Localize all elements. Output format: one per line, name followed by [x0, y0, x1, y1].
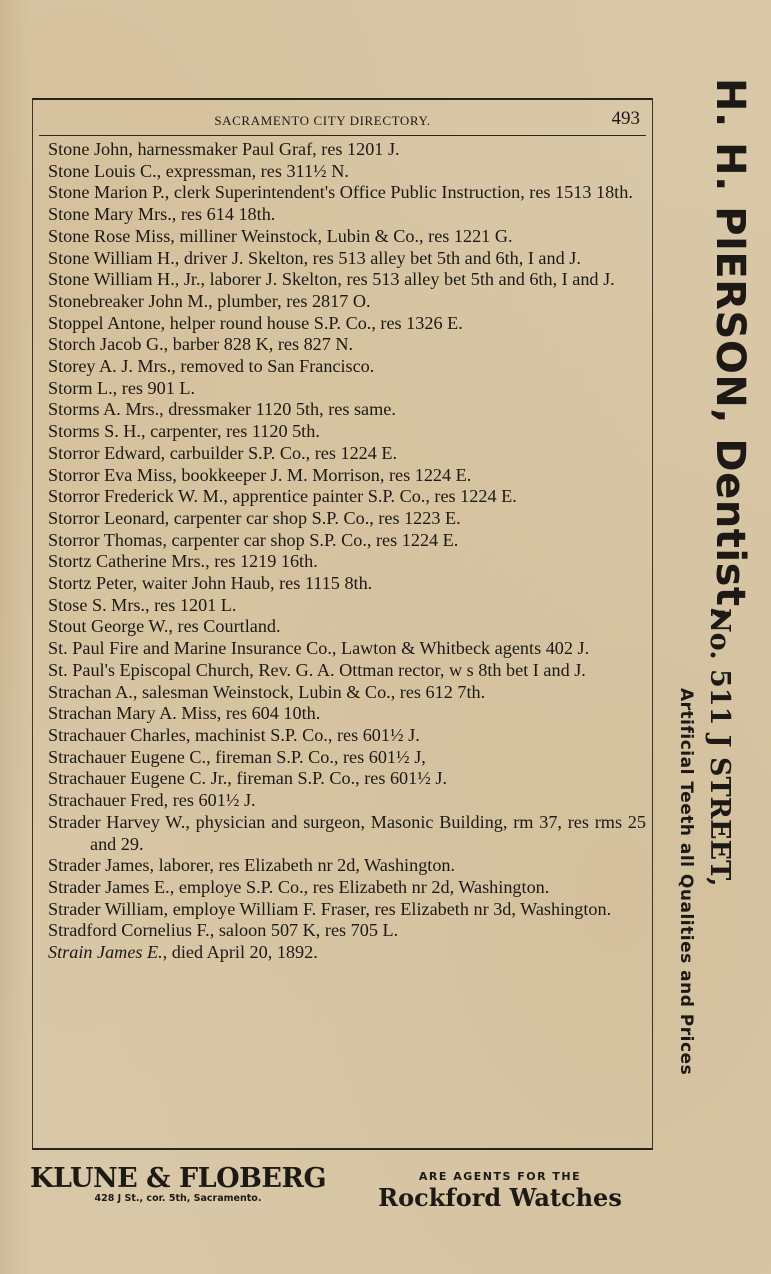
entry-name: Stone Rose Miss, — [48, 226, 175, 246]
entry-detail: apprentice painter S.P. Co., res 1224 E. — [228, 486, 517, 506]
entry-name: Storror Frederick W. M., — [48, 486, 228, 506]
rockford-watches-ad: ARE AGENTS FOR THE Rockford Watches — [350, 1170, 650, 1212]
running-header: SACRAMENTO CITY DIRECTORY. 493 — [39, 100, 646, 136]
entry-detail: fireman S.P. Co., res 601½ J. — [232, 768, 447, 788]
page-number: 493 — [612, 108, 641, 130]
entry-detail: machinist S.P. Co., res 601½ J. — [190, 725, 419, 745]
entry-name: Strachauer Fred, — [48, 790, 168, 810]
entry-name: Storror Edward, — [48, 443, 165, 463]
entry-detail: carpenter car shop S.P. Co., res 1223 E. — [169, 508, 460, 528]
dentist-address: No. 511 J STREET, — [704, 608, 734, 887]
entry-detail: res 901 L. — [117, 378, 195, 398]
entry-detail: carbuilder S.P. Co., res 1224 E. — [165, 443, 397, 463]
entry-detail: driver J. Skelton, res 513 alley bet 5th… — [179, 248, 581, 268]
entry-name: Storror Leonard, — [48, 508, 169, 528]
directory-entry: Strachan Mary A. Miss, res 604 10th. — [48, 703, 646, 725]
entry-detail: removed to San Francisco. — [176, 356, 375, 376]
ad-left-title: KLUNE & FLOBERG — [18, 1165, 338, 1193]
directory-entry: Storm L., res 901 L. — [48, 378, 646, 400]
entry-detail: carpenter, res 1120 5th. — [146, 421, 320, 441]
directory-entry: Storror Leonard, carpenter car shop S.P.… — [48, 508, 646, 530]
ad-right-main: Rockford Watches — [350, 1184, 650, 1212]
directory-entry: Stradford Cornelius F., saloon 507 K, re… — [48, 920, 646, 942]
directory-entry: Storch Jacob G., barber 828 K, res 827 N… — [48, 334, 646, 356]
ad-left-address: 428 J St., cor. 5th, Sacramento. — [18, 1193, 338, 1205]
entry-detail: dressmaker 1120 5th, res same. — [164, 399, 396, 419]
entry-name: Strader James E., — [48, 877, 174, 897]
directory-entry: Stone Marion P., clerk Superintendent's … — [48, 182, 646, 204]
entry-name: Strachauer Eugene C. Jr., — [48, 768, 232, 788]
page-frame: SACRAMENTO CITY DIRECTORY. 493 Stone Joh… — [32, 98, 653, 1150]
entry-name: St. Paul's Episcopal Church, — [48, 660, 254, 680]
entry-name: Stone Louis C., — [48, 161, 161, 181]
entry-name: Stone William H., — [48, 248, 179, 268]
directory-entry: Strachauer Charles, machinist S.P. Co., … — [48, 725, 646, 747]
directory-entry: Strader James E., employe S.P. Co., res … — [48, 877, 646, 899]
entry-name: St. Paul Fire and Marine Insurance Co., — [48, 638, 336, 658]
entry-name: Strachan Mary A. Miss, — [48, 703, 221, 723]
entry-name: Stradford Cornelius F., — [48, 920, 214, 940]
entry-detail: harnessmaker Paul Graf, res 1201 J. — [133, 139, 400, 159]
directory-entry: Strachan A., salesman Weinstock, Lubin &… — [48, 682, 646, 704]
directory-entry: Stortz Catherine Mrs., res 1219 16th. — [48, 551, 646, 573]
entry-name: Stonebreaker John M., — [48, 291, 213, 311]
directory-entry: Storey A. J. Mrs., removed to San Franci… — [48, 356, 646, 378]
directory-entry: Stone John, harnessmaker Paul Graf, res … — [48, 139, 646, 161]
entry-detail: employe S.P. Co., res Elizabeth nr 2d, W… — [174, 877, 549, 897]
entry-name: Storror Thomas, — [48, 530, 167, 550]
directory-entry: Storms A. Mrs., dressmaker 1120 5th, res… — [48, 399, 646, 421]
entry-name: Storms S. H., — [48, 421, 146, 441]
directory-entries: Stone John, harnessmaker Paul Graf, res … — [48, 139, 646, 964]
entry-detail: helper round house S.P. Co., res 1326 E. — [165, 313, 463, 333]
directory-entry: Strain James E., died April 20, 1892. — [48, 942, 646, 964]
directory-entry: Strader William, employe William F. Fras… — [48, 899, 646, 921]
entry-detail: clerk Superintendent's Office Public Ins… — [169, 182, 633, 202]
entry-name: Strachan A., — [48, 682, 137, 702]
entry-detail: res 1219 16th. — [210, 551, 318, 571]
directory-entry: Strader James, laborer, res Elizabeth nr… — [48, 855, 646, 877]
entry-name: Stose S. Mrs., — [48, 595, 150, 615]
footer-advertisement: KLUNE & FLOBERG 428 J St., cor. 5th, Sac… — [0, 1160, 680, 1220]
entry-detail: carpenter car shop S.P. Co., res 1224 E. — [167, 530, 458, 550]
directory-entry: Strachauer Fred, res 601½ J. — [48, 790, 646, 812]
directory-entry: Stone William H., driver J. Skelton, res… — [48, 248, 646, 270]
entry-name: Storror Eva Miss, — [48, 465, 177, 485]
entry-detail: milliner Weinstock, Lubin & Co., res 122… — [175, 226, 513, 246]
directory-title: SACRAMENTO CITY DIRECTORY. — [39, 113, 646, 129]
entry-detail: Rev. G. A. Ottman rector, w s 8th bet I … — [254, 660, 586, 680]
entry-detail: res Courtland. — [173, 616, 281, 636]
entry-detail: laborer, res Elizabeth nr 2d, Washington… — [154, 855, 455, 875]
entry-detail: res 1201 L. — [150, 595, 237, 615]
directory-entry: Stose S. Mrs., res 1201 L. — [48, 595, 646, 617]
entry-name: Storms A. Mrs., — [48, 399, 164, 419]
entry-name: Storey A. J. Mrs., — [48, 356, 176, 376]
entry-name: Stone John, — [48, 139, 133, 159]
directory-entry: Stone Louis C., expressman, res 311½ N. — [48, 161, 646, 183]
entry-name: Stortz Catherine Mrs., — [48, 551, 210, 571]
entry-name: Strader James, — [48, 855, 154, 875]
entry-name: Stone Marion P., — [48, 182, 169, 202]
directory-entry: St. Paul's Episcopal Church, Rev. G. A. … — [48, 660, 646, 682]
entry-name: Strader William, — [48, 899, 168, 919]
entry-detail: Lawton & Whitbeck agents 402 J. — [336, 638, 589, 658]
ad-right-top: ARE AGENTS FOR THE — [350, 1170, 650, 1184]
entry-detail: barber 828 K, res 827 N. — [168, 334, 353, 354]
directory-entry: Stone William H., Jr., laborer J. Skelto… — [48, 269, 646, 291]
directory-entry: Stonebreaker John M., plumber, res 2817 … — [48, 291, 646, 313]
side-margin-advertisement: H. H. PIERSON, Dentist, No. 511 J STREET… — [668, 78, 768, 1188]
entry-detail: expressman, res 311½ N. — [161, 161, 349, 181]
directory-entry: Stoppel Antone, helper round house S.P. … — [48, 313, 646, 335]
directory-entry: Storror Frederick W. M., apprentice pain… — [48, 486, 646, 508]
directory-entry: Stortz Peter, waiter John Haub, res 1115… — [48, 573, 646, 595]
entry-detail: laborer J. Skelton, res 513 alley bet 5t… — [205, 269, 615, 289]
entry-detail: waiter John Haub, res 1115 8th. — [137, 573, 372, 593]
directory-entry: Stone Mary Mrs., res 614 18th. — [48, 204, 646, 226]
entry-name: Stoppel Antone, — [48, 313, 165, 333]
entry-name: Strachauer Eugene C., — [48, 747, 211, 767]
directory-entry: St. Paul Fire and Marine Insurance Co., … — [48, 638, 646, 660]
entry-detail: res 601½ J. — [168, 790, 255, 810]
entry-name: Stout George W., — [48, 616, 173, 636]
klune-floberg-ad: KLUNE & FLOBERG 428 J St., cor. 5th, Sac… — [18, 1165, 338, 1205]
entry-name: Strachauer Charles, — [48, 725, 190, 745]
directory-entry: Storror Eva Miss, bookkeeper J. M. Morri… — [48, 465, 646, 487]
entry-detail: employe William F. Fraser, res Elizabeth… — [168, 899, 611, 919]
entry-detail: bookkeeper J. M. Morrison, res 1224 E. — [177, 465, 472, 485]
entry-detail: saloon 507 K, res 705 L. — [214, 920, 398, 940]
dentist-tagline: Artificial Teeth all Qualities and Price… — [676, 688, 696, 1075]
entry-detail: res 604 10th. — [221, 703, 320, 723]
entry-detail: died April 20, 1892. — [167, 942, 318, 962]
entry-name: Strain James E., — [48, 942, 167, 962]
directory-entry: Stout George W., res Courtland. — [48, 616, 646, 638]
directory-entry: Storror Thomas, carpenter car shop S.P. … — [48, 530, 646, 552]
entry-detail: res 614 18th. — [176, 204, 275, 224]
directory-entry: Strader Harvey W., physician and surgeon… — [48, 812, 646, 855]
dentist-name: H. H. PIERSON, Dentist, — [708, 78, 752, 622]
entry-name: Storch Jacob G., — [48, 334, 168, 354]
directory-entry: Storror Edward, carbuilder S.P. Co., res… — [48, 443, 646, 465]
entry-detail: fireman S.P. Co., res 601½ J, — [211, 747, 426, 767]
entry-detail: salesman Weinstock, Lubin & Co., res 612… — [137, 682, 485, 702]
entry-name: Stone William H., Jr., — [48, 269, 205, 289]
entry-name: Stortz Peter, — [48, 573, 137, 593]
directory-entry: Strachauer Eugene C., fireman S.P. Co., … — [48, 747, 646, 769]
entry-name: Stone Mary Mrs., — [48, 204, 176, 224]
entry-name: Strader Harvey W., — [48, 812, 190, 832]
directory-entry: Storms S. H., carpenter, res 1120 5th. — [48, 421, 646, 443]
directory-entry: Stone Rose Miss, milliner Weinstock, Lub… — [48, 226, 646, 248]
directory-entry: Strachauer Eugene C. Jr., fireman S.P. C… — [48, 768, 646, 790]
entry-detail: plumber, res 2817 O. — [213, 291, 371, 311]
entry-name: Storm L., — [48, 378, 117, 398]
